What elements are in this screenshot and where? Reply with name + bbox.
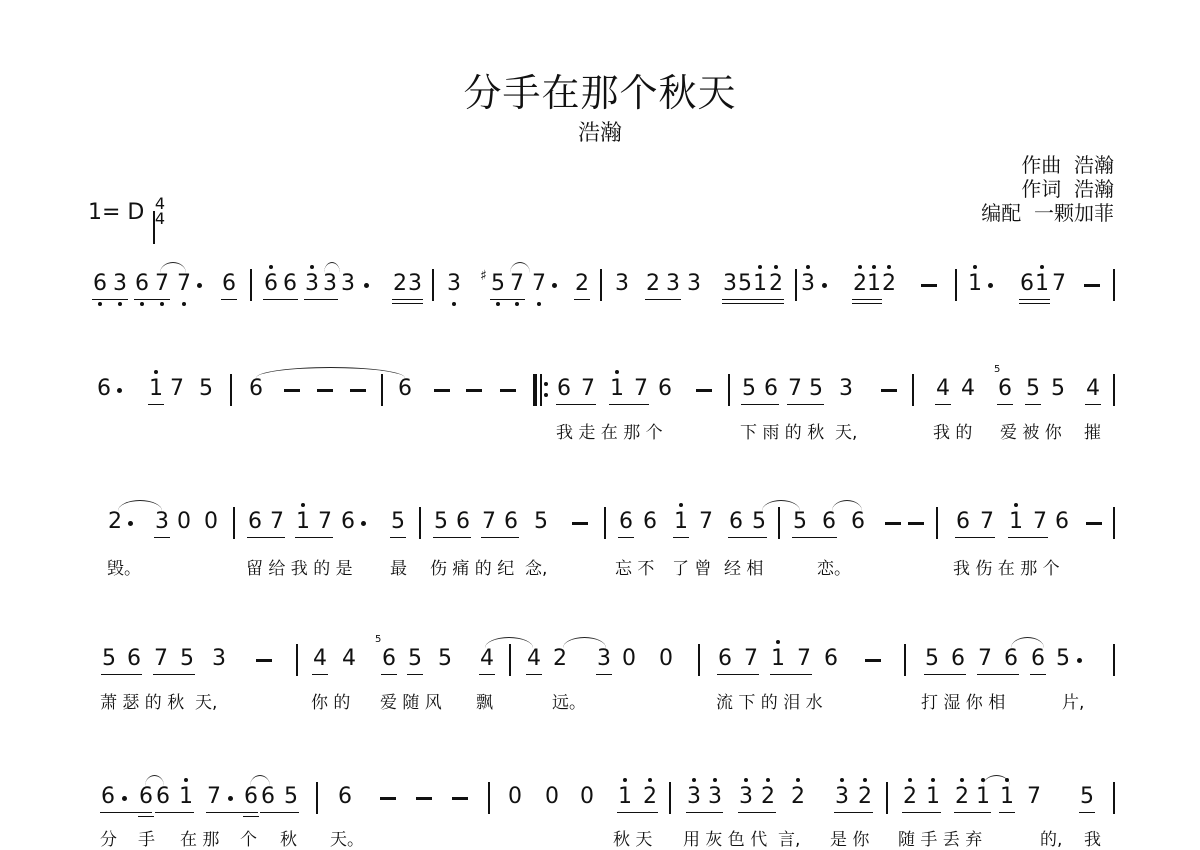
octave-down-dot: [515, 302, 519, 306]
note: 1: [999, 785, 1015, 809]
note: 6: [263, 272, 279, 296]
note: 6: [556, 377, 572, 401]
augmentation-dot: [822, 283, 827, 288]
underline: [134, 299, 170, 300]
underline: [1008, 537, 1048, 538]
note: 6: [243, 785, 259, 809]
note: 5: [1025, 377, 1041, 401]
octave-down-dot: [537, 302, 541, 306]
sustain-dash: [1084, 284, 1100, 287]
underline: [999, 812, 1015, 813]
lyric-segment: 远。: [552, 688, 586, 713]
octave-up-dot: [1014, 503, 1018, 507]
octave-up-dot: [840, 778, 844, 782]
note: 6: [717, 647, 733, 671]
sustain-dash: [572, 522, 588, 525]
octave-up-dot: [858, 265, 862, 269]
note: 1: [1034, 272, 1050, 296]
underline: [673, 537, 689, 538]
note: 6: [397, 377, 413, 401]
barline: [1113, 644, 1115, 676]
underline: [596, 674, 612, 675]
sustain-dash: [256, 659, 272, 662]
sustain-dash: [416, 797, 432, 800]
note: 6: [657, 377, 673, 401]
note: 3: [322, 272, 338, 296]
underline: [154, 537, 170, 538]
note: 1: [295, 510, 311, 534]
note: 6: [155, 785, 171, 809]
underline: [728, 537, 767, 538]
underline: [955, 537, 995, 538]
underline: [247, 537, 285, 538]
barline: [432, 269, 434, 301]
note: 6: [503, 510, 519, 534]
note: 6: [850, 510, 866, 534]
note: 6: [340, 510, 356, 534]
note: 7: [206, 785, 222, 809]
note: 3: [800, 272, 816, 296]
sharp-sign: ♯: [480, 268, 487, 284]
slur: [563, 637, 606, 648]
underline: [304, 299, 338, 300]
underline: [1019, 299, 1050, 300]
note: 5: [179, 647, 195, 671]
note: 0: [507, 785, 523, 809]
octave-up-dot: [872, 265, 876, 269]
sustain-dash: [696, 389, 712, 392]
underline: [407, 674, 423, 675]
key-signature: 1= D: [88, 200, 144, 225]
augmentation-dot: [122, 796, 127, 801]
underline: [526, 674, 542, 675]
lyric-segment: 忘 不: [615, 554, 654, 579]
underline: [392, 303, 423, 304]
barline: [778, 507, 780, 539]
note: 1: [975, 785, 991, 809]
note: 6: [221, 272, 237, 296]
credits: 作曲 浩瀚 作词 浩瀚 编配 一颗加菲: [981, 153, 1114, 225]
time-signature-bottom: 4: [155, 209, 165, 228]
note: 1: [925, 785, 941, 809]
underline: [852, 299, 882, 300]
lyric-segment: 飘: [476, 688, 493, 713]
barline: [233, 507, 235, 539]
octave-up-dot: [1005, 778, 1009, 782]
note: 1: [770, 647, 786, 671]
underline: [738, 812, 776, 813]
note: 4: [1085, 377, 1101, 401]
note: 2: [392, 272, 408, 296]
note: 7: [1051, 272, 1067, 296]
composer-credit: 作曲 浩瀚: [981, 153, 1114, 177]
underline: [155, 812, 194, 813]
note: 3: [722, 272, 738, 296]
note: 4: [960, 377, 976, 401]
note: 5: [741, 377, 757, 401]
octave-up-dot: [973, 265, 977, 269]
note: 5: [101, 647, 117, 671]
note: 7: [317, 510, 333, 534]
octave-down-dot: [98, 302, 102, 306]
lyric-segment: 爱 随 风: [380, 688, 442, 713]
note: 6: [821, 510, 837, 534]
lyric-segment: 我: [1084, 825, 1101, 850]
underline: [138, 816, 154, 817]
slur: [1011, 637, 1044, 648]
barline: [698, 644, 700, 676]
note: 4: [479, 647, 495, 671]
sustain-dash: [284, 389, 300, 392]
underline: [381, 674, 397, 675]
note: 7: [743, 647, 759, 671]
note: 3: [686, 272, 702, 296]
octave-up-dot: [774, 265, 778, 269]
underline: [433, 537, 471, 538]
lyric-segment: 爱 被 你: [1000, 418, 1062, 443]
note: 5: [283, 785, 299, 809]
note: 6: [1019, 272, 1035, 296]
octave-up-dot: [766, 778, 770, 782]
note: 5: [1050, 377, 1066, 401]
note: 3: [596, 647, 612, 671]
note: 0: [621, 647, 637, 671]
barline: [600, 269, 602, 301]
underline: [1030, 674, 1046, 675]
barline: [250, 269, 252, 301]
barline: [912, 374, 914, 406]
note: 6: [381, 647, 397, 671]
underline: [792, 537, 837, 538]
note: 6: [282, 272, 298, 296]
octave-up-dot: [776, 640, 780, 644]
note: 6: [126, 647, 142, 671]
note: 7: [269, 510, 285, 534]
note: 3: [834, 785, 850, 809]
note: 7: [169, 377, 185, 401]
octave-down-dot: [118, 302, 122, 306]
note: 6: [950, 647, 966, 671]
note: 2: [645, 272, 661, 296]
note: 5: [433, 510, 449, 534]
note: 7: [580, 377, 596, 401]
barline: [795, 269, 797, 301]
note: 2: [954, 785, 970, 809]
sustain-dash: [466, 389, 482, 392]
slur: [324, 262, 340, 273]
note: 1: [148, 377, 164, 401]
note: 7: [154, 272, 170, 296]
sustain-dash: [908, 522, 924, 525]
note: 5: [792, 510, 808, 534]
note: 6: [260, 785, 276, 809]
note: 3: [665, 272, 681, 296]
note: 5: [1055, 647, 1071, 671]
lyric-segment: 摧: [1084, 418, 1101, 443]
lyric-segment: 片,: [1062, 688, 1084, 713]
underline: [206, 812, 258, 813]
time-signature: 4 4: [152, 196, 168, 226]
note: 1: [178, 785, 194, 809]
octave-down-dot: [182, 302, 186, 306]
lyric-segment: 留 给 我 的 是: [246, 554, 353, 579]
sustain-dash: [317, 389, 333, 392]
octave-up-dot: [758, 265, 762, 269]
note: 0: [176, 510, 192, 534]
underline: [295, 537, 333, 538]
octave-up-dot: [301, 503, 305, 507]
augmentation-dot: [117, 388, 122, 393]
underline: [100, 812, 152, 813]
lyric-segment: 最: [390, 554, 407, 579]
underline: [153, 674, 195, 675]
octave-up-dot: [648, 778, 652, 782]
note: 7: [698, 510, 714, 534]
note: 7: [796, 647, 812, 671]
grace-note: 5: [994, 365, 1000, 375]
sustain-dash: [452, 797, 468, 800]
note: 1: [967, 272, 983, 296]
note: 3: [446, 272, 462, 296]
note: 3: [211, 647, 227, 671]
note: 6: [823, 647, 839, 671]
underline: [479, 674, 495, 675]
slur: [256, 367, 405, 378]
note: 2: [790, 785, 806, 809]
barline: [230, 374, 232, 406]
note: 6: [138, 785, 154, 809]
note: 5: [808, 377, 824, 401]
note: 2: [107, 510, 123, 534]
augmentation-dot: [228, 796, 233, 801]
lyric-segment: 随 手 丢 弃: [898, 825, 982, 850]
note: 6: [92, 272, 108, 296]
lyric-segment: 在 那: [180, 825, 219, 850]
octave-up-dot: [713, 778, 717, 782]
octave-up-dot: [1040, 265, 1044, 269]
lyric-segment: 流 下 的 泪 水: [716, 688, 823, 713]
note: 5: [751, 510, 767, 534]
augmentation-dot: [988, 283, 993, 288]
octave-up-dot: [310, 265, 314, 269]
note: 3: [407, 272, 423, 296]
underline: [312, 674, 328, 675]
barline: [1113, 269, 1115, 301]
note: 2: [857, 785, 873, 809]
note: 5: [737, 272, 753, 296]
note: 6: [728, 510, 744, 534]
barline: [936, 507, 938, 539]
underline: [977, 674, 1019, 675]
lyric-segment: 了 曾: [672, 554, 711, 579]
underline: [390, 537, 406, 538]
lyric-segment: 秋: [280, 825, 297, 850]
underline: [722, 303, 784, 304]
note: 4: [526, 647, 542, 671]
underline: [101, 674, 142, 675]
barline: [1113, 782, 1115, 814]
octave-up-dot: [887, 265, 891, 269]
octave-up-dot: [744, 778, 748, 782]
lyric-segment: 我 的: [933, 418, 972, 443]
barline: [728, 374, 730, 406]
octave-up-dot: [960, 778, 964, 782]
slur: [250, 775, 270, 786]
note: 6: [1030, 647, 1046, 671]
note: 5: [1079, 785, 1095, 809]
note: 1: [617, 785, 633, 809]
note: 3: [686, 785, 702, 809]
octave-up-dot: [184, 778, 188, 782]
note: 4: [341, 647, 357, 671]
grace-note: 5: [375, 635, 381, 645]
barline: [296, 644, 298, 676]
lyric-segment: 经 相: [724, 554, 763, 579]
note: 6: [955, 510, 971, 534]
lyric-segment: 打 湿 你 相: [921, 688, 1005, 713]
note: 6: [248, 377, 264, 401]
underline: [221, 299, 237, 300]
underline: [1085, 404, 1101, 405]
note: 5: [490, 272, 506, 296]
note: 3: [838, 377, 854, 401]
octave-up-dot: [692, 778, 696, 782]
barline: [604, 507, 606, 539]
note: 6: [247, 510, 263, 534]
underline: [617, 812, 658, 813]
augmentation-dot: [1077, 658, 1082, 663]
underline: [834, 812, 873, 813]
note: 5: [390, 510, 406, 534]
note: 7: [176, 272, 192, 296]
note: 1: [866, 272, 882, 296]
octave-down-dot: [452, 302, 456, 306]
barline: [886, 782, 888, 814]
note: 5: [198, 377, 214, 401]
note: 7: [1032, 510, 1048, 534]
sustain-dash: [921, 284, 937, 287]
underline: [954, 812, 991, 813]
underline: [902, 812, 941, 813]
note: 7: [977, 647, 993, 671]
underline: [92, 299, 128, 300]
octave-up-dot: [623, 778, 627, 782]
note: 7: [1026, 785, 1042, 809]
barline: [419, 507, 421, 539]
song-title: 分手在那个秋天: [0, 62, 1200, 117]
lyric-segment: 用 灰 色 代 言,: [683, 825, 800, 850]
lyric-segment: 你 的: [311, 688, 350, 713]
slur: [118, 500, 162, 511]
note: 4: [935, 377, 951, 401]
note: 5: [924, 647, 940, 671]
sustain-dash: [500, 389, 516, 392]
note: 1: [609, 377, 625, 401]
octave-down-dot: [140, 302, 144, 306]
note: 0: [658, 647, 674, 671]
underline: [148, 404, 164, 405]
underline: [741, 404, 779, 405]
note: 6: [1003, 647, 1019, 671]
octave-up-dot: [269, 265, 273, 269]
augmentation-dot: [128, 521, 133, 526]
note: 3: [614, 272, 630, 296]
note: 7: [531, 272, 547, 296]
song-subtitle: 浩瀚: [0, 116, 1200, 147]
note: 1: [1008, 510, 1024, 534]
note: 6: [997, 377, 1013, 401]
note: 6: [1054, 510, 1070, 534]
underline: [924, 674, 966, 675]
barline: [509, 644, 511, 676]
lyric-segment: 手: [138, 825, 155, 850]
note: 0: [579, 785, 595, 809]
note: 6: [134, 272, 150, 296]
lyric-segment: 萧 瑟 的 秋 天,: [100, 688, 217, 713]
note: 2: [642, 785, 658, 809]
underline: [722, 299, 784, 300]
underline: [1025, 404, 1041, 405]
underline: [686, 812, 723, 813]
note: 3: [340, 272, 356, 296]
note: 7: [509, 272, 525, 296]
note: 5: [407, 647, 423, 671]
octave-down-dot: [496, 302, 500, 306]
octave-up-dot: [154, 370, 158, 374]
note: 2: [902, 785, 918, 809]
sustain-dash: [380, 797, 396, 800]
octave-up-dot: [931, 778, 935, 782]
barline: [1113, 507, 1115, 539]
barline: [488, 782, 490, 814]
octave-up-dot: [806, 265, 810, 269]
lyric-segment: 天。: [330, 825, 364, 850]
octave-up-dot: [679, 503, 683, 507]
lyric-segment: 毁。: [107, 554, 141, 579]
underline: [1079, 812, 1095, 813]
note: 1: [752, 272, 768, 296]
underline: [392, 299, 423, 300]
lyric-segment: 我 伤 在 那 个: [953, 554, 1060, 579]
note: 2: [552, 647, 568, 671]
barline: [381, 374, 383, 406]
sustain-dash: [350, 389, 366, 392]
sustain-dash: [881, 389, 897, 392]
barline: [669, 782, 671, 814]
note: 3: [738, 785, 754, 809]
note: 6: [100, 785, 116, 809]
lyric-segment: 秋 天: [613, 825, 652, 850]
lyric-segment: 下 雨 的 秋 天,: [740, 418, 857, 443]
note: 3: [112, 272, 128, 296]
underline: [645, 299, 681, 300]
barline: [316, 782, 318, 814]
lyric-segment: 我 走 在 那 个: [556, 418, 663, 443]
note: 7: [787, 377, 803, 401]
underline: [997, 404, 1013, 405]
barline: [904, 644, 906, 676]
note: 2: [881, 272, 897, 296]
lyric-segment: 是 你: [830, 825, 869, 850]
underline: [260, 812, 299, 813]
sustain-dash: [885, 522, 901, 525]
note: 7: [633, 377, 649, 401]
augmentation-dot: [197, 283, 202, 288]
underline: [1019, 303, 1050, 304]
note: 7: [979, 510, 995, 534]
octave-down-dot: [160, 302, 164, 306]
octave-up-dot: [863, 778, 867, 782]
